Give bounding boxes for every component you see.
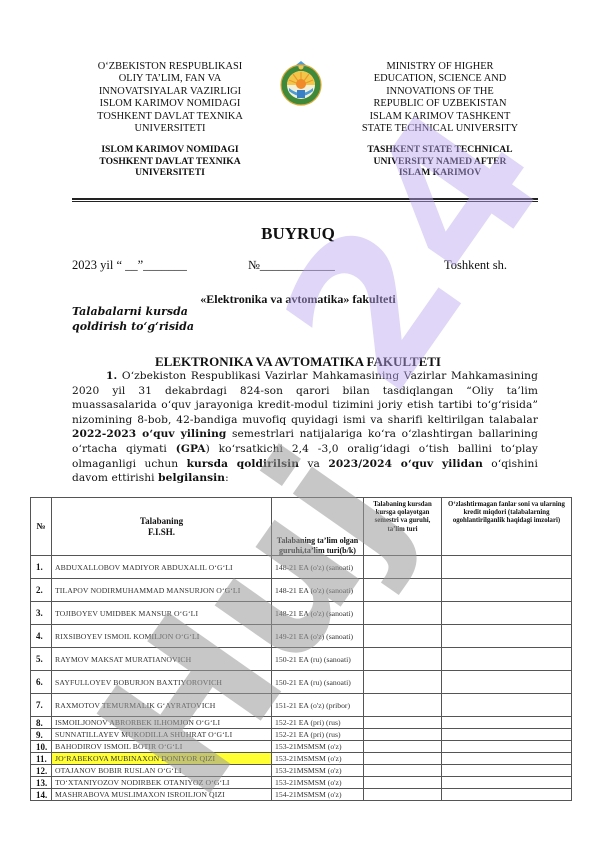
table-row: 1. ABDUXALLOBOV MADIYOR ABDUXALIL O‘G‘LI… (31, 556, 572, 579)
table-row: 3. TOJIBOYEV UMIDBEK MANSUR O‘G‘LI 148-2… (31, 602, 572, 625)
header-line: MINISTRY OF HIGHER (340, 61, 540, 73)
header-sub-line: TASHKENT STATE TECHNICAL (340, 144, 540, 156)
student-name: ISMOILJONOV ABRORBEK ILHOMJON O‘G‘LI (52, 717, 272, 729)
paragraph-bold: kursda qoldirilsin (187, 458, 300, 470)
next-semester-cell (364, 729, 442, 741)
failed-subjects-cell (442, 765, 572, 777)
student-name: ABDUXALLOBOV MADIYOR ABDUXALIL O‘G‘LI (52, 556, 272, 579)
next-semester-cell (364, 777, 442, 789)
failed-subjects-cell (442, 671, 572, 694)
order-paragraph: 1. O‘zbekiston Respublikasi Vazirlar Mah… (72, 369, 538, 486)
header-sub-line: TOSHKENT DAVLAT TEXNIKA (70, 156, 270, 168)
row-number: 12. (31, 765, 52, 777)
order-city: Toshkent sh. (444, 258, 507, 273)
next-semester-cell (364, 765, 442, 777)
col-header-failed-subjects: O‘zlashtirmagan fanlar soni va ularning … (442, 498, 572, 556)
header-line: EDUCATION, SCIENCE AND (340, 73, 540, 85)
row-number: 2. (31, 579, 52, 602)
students-table: № Talabaning F.I.SH. Talabaning ta’lim o… (30, 497, 572, 801)
student-name: TO‘XTANIYOZOV NODIRBEK OTANIYOZ O‘G‘LI (52, 777, 272, 789)
student-name: MASHRABOVA MUSLIMAXON ISROILJON QIZI (52, 789, 272, 801)
header-divider (72, 198, 538, 202)
paragraph-text: va (299, 458, 328, 470)
student-name: RAXMOTOV TEMURMALIK G‘AYRATOVICH (52, 694, 272, 717)
table-row: 4. RIXSIBOYEV ISMOIL KOMILJON O‘G‘LI 149… (31, 625, 572, 648)
header-line: INNOVATSIYALAR VAZIRLIGI (70, 86, 270, 98)
subject-line: Talabalarni kursda (72, 305, 194, 320)
next-semester-cell (364, 717, 442, 729)
header-line: INNOVATIONS OF THE (340, 86, 540, 98)
header-line: STATE TECHNICAL UNIVERSITY (340, 123, 540, 135)
student-group: 154-21MSMSM (o'z) (272, 789, 364, 801)
table-row: 8. ISMOILJONOV ABRORBEK ILHOMJON O‘G‘LI … (31, 717, 572, 729)
student-group: 150-21 EA (ru) (sanoati) (272, 671, 364, 694)
student-name: BAHODIROV ISMOIL BOTIR O‘G‘LI (52, 741, 272, 753)
student-name: TOJIBOYEV UMIDBEK MANSUR O‘G‘LI (52, 602, 272, 625)
student-group: 150-21 EA (ru) (sanoati) (272, 648, 364, 671)
student-name: RIXSIBOYEV ISMOIL KOMILJON O‘G‘LI (52, 625, 272, 648)
failed-subjects-cell (442, 556, 572, 579)
header-sub-line: ISLAM KARIMOV (340, 167, 540, 179)
next-semester-cell (364, 602, 442, 625)
student-name: SAYFULLOYEV BOBURJON BAXTIYOROVICH (52, 671, 272, 694)
student-group: 152-21 EA (pri) (rus) (272, 729, 364, 741)
student-group: 148-21 EA (o'z) (sanoati) (272, 602, 364, 625)
header-line: OLIY TA’LIM, FAN VA (70, 73, 270, 85)
order-date: 2023 yil “ __”_______ (72, 258, 187, 273)
paragraph-bold: 2023/2024 o‘quv yilidan (328, 458, 483, 470)
row-number: 7. (31, 694, 52, 717)
row-number: 11. (31, 753, 52, 765)
table-row: 5. RAYMOV MAKSAT MURATIANOVICH 150-21 EA… (31, 648, 572, 671)
table-row: 14. MASHRABOVA MUSLIMAXON ISROILJON QIZI… (31, 789, 572, 801)
student-name: TILAPOV NODIRMUHAMMAD MANSURJON O‘G‘LI (52, 579, 272, 602)
row-number: 9. (31, 729, 52, 741)
subject-line: qoldirish to‘g‘risida (72, 320, 194, 335)
state-emblem-icon (276, 58, 326, 108)
row-number: 5. (31, 648, 52, 671)
paragraph-number: 1. (106, 370, 117, 382)
failed-subjects-cell (442, 729, 572, 741)
table-row: 7. RAXMOTOV TEMURMALIK G‘AYRATOVICH 151-… (31, 694, 572, 717)
header-left-uz: O‘ZBEKISTON RESPUBLIKASI OLIY TA’LIM, FA… (70, 61, 270, 179)
next-semester-cell (364, 556, 442, 579)
table-row: 2. TILAPOV NODIRMUHAMMAD MANSURJON O‘G‘L… (31, 579, 572, 602)
student-group: 149-21 EA (o'z) (sanoati) (272, 625, 364, 648)
header-sub-line: UNIVERSITETI (70, 167, 270, 179)
col-header-group: Talabaning ta’lim olgan guruhi,ta’lim tu… (272, 498, 364, 556)
next-semester-cell (364, 579, 442, 602)
student-name: RAYMOV MAKSAT MURATIANOVICH (52, 648, 272, 671)
failed-subjects-cell (442, 602, 572, 625)
header-sub-line: ISLOM KARIMOV NOMIDAGI (70, 144, 270, 156)
col-header-name-line: Talabaning (55, 516, 268, 527)
row-number: 1. (31, 556, 52, 579)
row-number: 6. (31, 671, 52, 694)
next-semester-cell (364, 648, 442, 671)
col-header-next-semester: Talabaning kursdan kursga qolayotgan sem… (364, 498, 442, 556)
section-title: ELEKTRONIKA VA AVTOMATIKA FAKULTETI (0, 354, 596, 370)
header-line: TOSHKENT DAVLAT TEXNIKA (70, 111, 270, 123)
student-name: OTAJANOV BOBIR RUSLAN O‘G‘LI (52, 765, 272, 777)
failed-subjects-cell (442, 741, 572, 753)
paragraph-text: : (225, 472, 229, 484)
paragraph-bold: belgilansin (158, 472, 225, 484)
student-group: 148-21 EA (o'z) (sanoati) (272, 556, 364, 579)
row-number: 3. (31, 602, 52, 625)
student-group: 148-21 EA (o'z) (sanoati) (272, 579, 364, 602)
table-header-row: № Talabaning F.I.SH. Talabaning ta’lim o… (31, 498, 572, 556)
row-number: 14. (31, 789, 52, 801)
col-header-name-line: F.I.SH. (55, 527, 268, 538)
table-row: 9. SUNNATILLAYEV MUKODILLA SHUHRAT O‘G‘L… (31, 729, 572, 741)
next-semester-cell (364, 789, 442, 801)
header-left-subtitle: ISLOM KARIMOV NOMIDAGI TOSHKENT DAVLAT T… (70, 144, 270, 179)
header-line: UNIVERSITETI (70, 123, 270, 135)
table-row: 12. OTAJANOV BOBIR RUSLAN O‘G‘LI 153-21M… (31, 765, 572, 777)
student-group: 153-21MSMSM (o'z) (272, 765, 364, 777)
paragraph-bold: 2022-2023 o‘quv yilining (72, 428, 226, 440)
failed-subjects-cell (442, 777, 572, 789)
col-header-number: № (31, 498, 52, 556)
failed-subjects-cell (442, 625, 572, 648)
failed-subjects-cell (442, 648, 572, 671)
next-semester-cell (364, 741, 442, 753)
header-line: O‘ZBEKISTON RESPUBLIKASI (70, 61, 270, 73)
document-page: O‘ZBEKISTON RESPUBLIKASI OLIY TA’LIM, FA… (0, 0, 596, 842)
failed-subjects-cell (442, 717, 572, 729)
col-header-name: Talabaning F.I.SH. (52, 498, 272, 556)
student-group: 153-21MSMSM (o'z) (272, 741, 364, 753)
document-title: BUYRUQ (0, 224, 596, 244)
paragraph-text: O‘zbekiston Respublikasi Vazirlar Mahkam… (72, 370, 538, 426)
row-number: 8. (31, 717, 52, 729)
failed-subjects-cell (442, 694, 572, 717)
header-right-en: MINISTRY OF HIGHER EDUCATION, SCIENCE AN… (340, 61, 540, 179)
next-semester-cell (364, 694, 442, 717)
failed-subjects-cell (442, 753, 572, 765)
header-line: ISLOM KARIMOV NOMIDAGI (70, 98, 270, 110)
next-semester-cell (364, 671, 442, 694)
student-group: 151-21 EA (o'z) (pribor) (272, 694, 364, 717)
header-sub-line: UNIVERSITY NAMED AFTER (340, 156, 540, 168)
student-group: 153-21MSMSM (o'z) (272, 753, 364, 765)
student-name-highlighted: JO‘RABEKOVA MUBINAXON DONIYOR QIZI (52, 753, 272, 765)
header-line: ISLAM KARIMOV TASHKENT (340, 111, 540, 123)
header-right-subtitle: TASHKENT STATE TECHNICAL UNIVERSITY NAME… (340, 144, 540, 179)
next-semester-cell (364, 625, 442, 648)
table-row: 13. TO‘XTANIYOZOV NODIRBEK OTANIYOZ O‘G‘… (31, 777, 572, 789)
student-group: 152-21 EA (pri) (rus) (272, 717, 364, 729)
next-semester-cell (364, 753, 442, 765)
table-row: 10. BAHODIROV ISMOIL BOTIR O‘G‘LI 153-21… (31, 741, 572, 753)
table-row-highlighted: 11. JO‘RABEKOVA MUBINAXON DONIYOR QIZI 1… (31, 753, 572, 765)
student-name: SUNNATILLAYEV MUKODILLA SHUHRAT O‘G‘LI (52, 729, 272, 741)
student-group: 153-21MSMSM (o'z) (272, 777, 364, 789)
failed-subjects-cell (442, 789, 572, 801)
failed-subjects-cell (442, 579, 572, 602)
row-number: 13. (31, 777, 52, 789)
order-subject: Talabalarni kursda qoldirish to‘g‘risida (72, 305, 194, 334)
header-line: REPUBLIC OF UZBEKISTAN (340, 98, 540, 110)
row-number: 10. (31, 741, 52, 753)
order-number: №____________ (248, 258, 335, 273)
row-number: 4. (31, 625, 52, 648)
table-row: 6. SAYFULLOYEV BOBURJON BAXTIYOROVICH 15… (31, 671, 572, 694)
paragraph-bold: (GPA (176, 443, 206, 455)
